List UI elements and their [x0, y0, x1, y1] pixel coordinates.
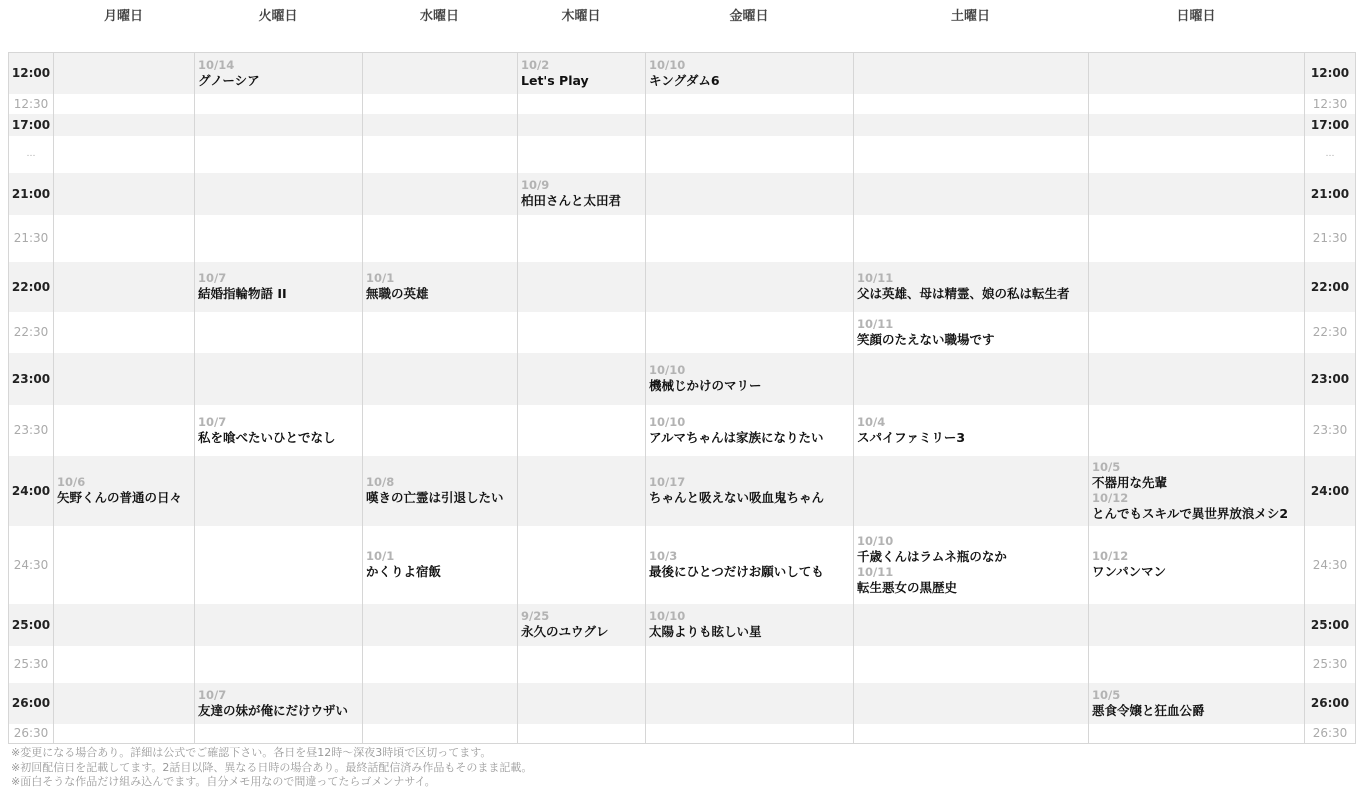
program-entry[interactable]: 10/5不器用な先輩: [1092, 460, 1304, 491]
slot-sat: [854, 683, 1089, 724]
program-entry[interactable]: 10/5悪食令嬢と狂血公爵: [1092, 688, 1304, 719]
footnote: ※変更になる場合あり。詳細は公式でご確認下さい。各日を昼12時〜深夜3時頃で区切…: [11, 746, 532, 761]
program-entry[interactable]: 10/7結婚指輪物語 II: [198, 271, 362, 302]
slot-thu: 9/25永久のユウグレ: [518, 604, 646, 646]
slot-wed: [363, 405, 518, 456]
program-entry[interactable]: 10/12とんでもスキルで異世界放浪メシ2: [1092, 491, 1304, 522]
slot-wed: [363, 53, 518, 94]
program-entry[interactable]: 10/10機械じかけのマリー: [649, 363, 853, 394]
program-title: ちゃんと吸えない吸血鬼ちゃん: [649, 489, 853, 506]
time-row: 21:0010/9柏田さんと太田君21:00: [9, 173, 1356, 215]
slot-sat: 10/10千歳くんはラムネ瓶のなか10/11転生悪女の黒歴史: [854, 526, 1089, 604]
program-title: アルマちゃんは家族になりたい: [649, 429, 853, 446]
time-row: 25:3025:30: [9, 646, 1356, 683]
time-label-right: 23:30: [1305, 405, 1356, 456]
slot-mon: [54, 215, 195, 262]
slot-mon: [54, 94, 195, 114]
time-row: 17:0017:00: [9, 114, 1356, 136]
time-label-right: 17:00: [1305, 114, 1356, 136]
slot-tue: [195, 646, 363, 683]
time-row: 26:3026:30: [9, 724, 1356, 744]
time-label-left: 22:30: [9, 312, 54, 353]
slot-sat: [854, 136, 1089, 173]
slot-sat: [854, 646, 1089, 683]
slot-wed: 10/1無職の英雄: [363, 262, 518, 312]
program-title: かくりよ宿飯: [366, 563, 517, 580]
program-start-date: 10/11: [857, 271, 1088, 285]
slot-fri: 10/10アルマちゃんは家族になりたい: [646, 405, 854, 456]
program-entry[interactable]: 10/7私を喰べたいひとでなし: [198, 415, 362, 446]
slot-sun: 10/12ワンパンマン: [1089, 526, 1305, 604]
slot-sun: [1089, 94, 1305, 114]
slot-fri: [646, 215, 854, 262]
slot-wed: [363, 683, 518, 724]
slot-fri: [646, 94, 854, 114]
slot-fri: 10/10キングダム6: [646, 53, 854, 94]
program-start-date: 10/2: [521, 58, 645, 72]
slot-mon: [54, 262, 195, 312]
slot-tue: [195, 724, 363, 744]
slot-sun: 10/5不器用な先輩10/12とんでもスキルで異世界放浪メシ2: [1089, 456, 1305, 526]
program-entry[interactable]: 10/2Let's Play: [521, 58, 645, 89]
time-label-right: 26:00: [1305, 683, 1356, 724]
slot-sat: [854, 114, 1089, 136]
slot-mon: [54, 353, 195, 405]
program-start-date: 10/8: [366, 475, 517, 489]
time-label-right: 21:30: [1305, 215, 1356, 262]
program-entry[interactable]: 10/11転生悪女の黒歴史: [857, 565, 1088, 596]
slot-fri: [646, 646, 854, 683]
slot-tue: [195, 173, 363, 215]
program-start-date: 10/10: [857, 534, 1088, 548]
slot-wed: [363, 94, 518, 114]
slot-thu: [518, 136, 646, 173]
program-entry[interactable]: 10/12ワンパンマン: [1092, 549, 1304, 580]
program-title: 嘆きの亡霊は引退したい: [366, 489, 517, 506]
program-entry[interactable]: 10/10キングダム6: [649, 58, 853, 89]
program-title: 柏田さんと太田君: [521, 192, 645, 209]
program-title: キングダム6: [649, 72, 853, 89]
slot-sat: [854, 173, 1089, 215]
program-start-date: 10/4: [857, 415, 1088, 429]
program-entry[interactable]: 10/10千歳くんはラムネ瓶のなか: [857, 534, 1088, 565]
slot-tue: [195, 136, 363, 173]
day-header-sat: 土曜日: [853, 7, 1088, 27]
slot-fri: [646, 683, 854, 724]
program-title: 友達の妹が俺にだけウザい: [198, 702, 362, 719]
time-label-right: 25:30: [1305, 646, 1356, 683]
program-start-date: 10/10: [649, 415, 853, 429]
slot-sat: [854, 353, 1089, 405]
time-row: 21:3021:30: [9, 215, 1356, 262]
slot-thu: [518, 405, 646, 456]
time-label-left: 26:30: [9, 724, 54, 744]
slot-fri: 10/17ちゃんと吸えない吸血鬼ちゃん: [646, 456, 854, 526]
time-label-left: …: [9, 136, 54, 173]
slot-mon: [54, 136, 195, 173]
slot-fri: [646, 114, 854, 136]
program-start-date: 10/10: [649, 363, 853, 377]
slot-wed: [363, 353, 518, 405]
day-header-wed: 水曜日: [362, 7, 517, 27]
program-start-date: 10/5: [1092, 460, 1304, 474]
slot-wed: [363, 312, 518, 353]
slot-fri: [646, 262, 854, 312]
time-label-right: 22:00: [1305, 262, 1356, 312]
time-label-left: 12:00: [9, 53, 54, 94]
day-header-fri: 金曜日: [645, 7, 853, 27]
slot-sat: [854, 604, 1089, 646]
program-entry[interactable]: 10/1無職の英雄: [366, 271, 517, 302]
slot-mon: [54, 405, 195, 456]
slot-fri: [646, 724, 854, 744]
program-start-date: 10/11: [857, 317, 1088, 331]
program-start-date: 10/12: [1092, 491, 1304, 505]
time-row: 22:0010/7結婚指輪物語 II10/1無職の英雄10/11父は英雄、母は精…: [9, 262, 1356, 312]
time-row: 24:0010/6矢野くんの普通の日々10/8嘆きの亡霊は引退したい10/17ち…: [9, 456, 1356, 526]
time-row: 25:009/25永久のユウグレ10/10太陽よりも眩しい星25:00: [9, 604, 1356, 646]
slot-tue: 10/14グノーシア: [195, 53, 363, 94]
slot-sun: [1089, 136, 1305, 173]
slot-tue: [195, 94, 363, 114]
time-label-left: 24:30: [9, 526, 54, 604]
slot-thu: [518, 683, 646, 724]
slot-sun: [1089, 173, 1305, 215]
time-row: ……: [9, 136, 1356, 173]
program-title: 父は英雄、母は精霊、娘の私は転生者: [857, 285, 1088, 302]
slot-wed: [363, 136, 518, 173]
program-start-date: 10/6: [57, 475, 194, 489]
time-row: 22:3010/11笑顔のたえない職場です22:30: [9, 312, 1356, 353]
time-label-right: 23:00: [1305, 353, 1356, 405]
time-label-left: 23:30: [9, 405, 54, 456]
program-entry[interactable]: 10/9柏田さんと太田君: [521, 178, 645, 209]
program-start-date: 10/10: [649, 58, 853, 72]
time-label-right: 25:00: [1305, 604, 1356, 646]
program-start-date: 10/7: [198, 415, 362, 429]
footnote: ※初回配信日を記載してます。2話目以降、異なる日時の場合あり。最終話配信済み作品…: [11, 761, 532, 776]
slot-wed: [363, 604, 518, 646]
slot-tue: [195, 312, 363, 353]
slot-mon: [54, 312, 195, 353]
slot-thu: [518, 353, 646, 405]
time-label-right: …: [1305, 136, 1356, 173]
slot-tue: 10/7結婚指輪物語 II: [195, 262, 363, 312]
time-label-left: 26:00: [9, 683, 54, 724]
time-label-right: 22:30: [1305, 312, 1356, 353]
slot-tue: [195, 215, 363, 262]
time-row: 23:0010/10機械じかけのマリー23:00: [9, 353, 1356, 405]
slot-sat: [854, 456, 1089, 526]
time-label-right: 21:00: [1305, 173, 1356, 215]
day-header-tue: 火曜日: [194, 7, 362, 27]
program-title: 転生悪女の黒歴史: [857, 579, 1088, 596]
slot-sun: [1089, 53, 1305, 94]
program-title: 悪食令嬢と狂血公爵: [1092, 702, 1304, 719]
slot-tue: 10/7友達の妹が俺にだけウザい: [195, 683, 363, 724]
slot-sun: [1089, 312, 1305, 353]
day-header-row: 月曜日 火曜日 水曜日 木曜日 金曜日 土曜日 日曜日: [0, 0, 1364, 34]
footnote: ※面白そうな作品だけ組み込んでます。自分メモ用なので間違ってたらゴメンナサイ。: [11, 775, 532, 790]
slot-sun: [1089, 215, 1305, 262]
slot-mon: 10/6矢野くんの普通の日々: [54, 456, 195, 526]
time-row: 23:3010/7私を喰べたいひとでなし10/10アルマちゃんは家族になりたい1…: [9, 405, 1356, 456]
program-start-date: 10/5: [1092, 688, 1304, 702]
slot-tue: 10/7私を喰べたいひとでなし: [195, 405, 363, 456]
program-entry[interactable]: 10/11父は英雄、母は精霊、娘の私は転生者: [857, 271, 1088, 302]
program-entry[interactable]: 10/7友達の妹が俺にだけウザい: [198, 688, 362, 719]
slot-thu: [518, 262, 646, 312]
program-title: とんでもスキルで異世界放浪メシ2: [1092, 505, 1304, 522]
program-title: 不器用な先輩: [1092, 474, 1304, 491]
program-entry[interactable]: 10/4スパイファミリー3: [857, 415, 1088, 446]
slot-wed: [363, 114, 518, 136]
slot-thu: 10/2Let's Play: [518, 53, 646, 94]
program-title: 笑顔のたえない職場です: [857, 331, 1088, 348]
slot-wed: [363, 215, 518, 262]
program-start-date: 10/3: [649, 549, 853, 563]
slot-fri: 10/10太陽よりも眩しい星: [646, 604, 854, 646]
slot-thu: [518, 312, 646, 353]
slot-sun: [1089, 353, 1305, 405]
slot-sat: [854, 215, 1089, 262]
program-title: Let's Play: [521, 72, 645, 89]
program-entry[interactable]: 10/6矢野くんの普通の日々: [57, 475, 194, 506]
slot-wed: 10/8嘆きの亡霊は引退したい: [363, 456, 518, 526]
slot-thu: [518, 526, 646, 604]
day-header-mon: 月曜日: [53, 7, 194, 27]
program-entry[interactable]: 10/11笑顔のたえない職場です: [857, 317, 1088, 348]
slot-thu: [518, 646, 646, 683]
time-row: 24:3010/1かくりよ宿飯10/3最後にひとつだけお願いしても10/10千歳…: [9, 526, 1356, 604]
slot-tue: [195, 456, 363, 526]
time-label-right: 24:30: [1305, 526, 1356, 604]
program-entry[interactable]: 10/17ちゃんと吸えない吸血鬼ちゃん: [649, 475, 853, 506]
slot-fri: [646, 173, 854, 215]
slot-tue: [195, 114, 363, 136]
slot-fri: 10/10機械じかけのマリー: [646, 353, 854, 405]
slot-wed: [363, 646, 518, 683]
program-title: 結婚指輪物語 II: [198, 285, 362, 302]
slot-mon: [54, 53, 195, 94]
time-row: 12:3012:30: [9, 94, 1356, 114]
slot-mon: [54, 646, 195, 683]
program-start-date: 10/12: [1092, 549, 1304, 563]
slot-mon: [54, 173, 195, 215]
time-label-left: 17:00: [9, 114, 54, 136]
slot-tue: [195, 353, 363, 405]
time-label-left: 21:00: [9, 173, 54, 215]
time-row: 12:0010/14グノーシア10/2Let's Play10/10キングダム6…: [9, 53, 1356, 94]
program-start-date: 10/1: [366, 549, 517, 563]
slot-mon: [54, 724, 195, 744]
slot-mon: [54, 604, 195, 646]
program-start-date: 9/25: [521, 609, 645, 623]
program-title: 私を喰べたいひとでなし: [198, 429, 362, 446]
program-title: ワンパンマン: [1092, 563, 1304, 580]
program-title: 無職の英雄: [366, 285, 517, 302]
slot-thu: [518, 215, 646, 262]
slot-sat: 10/11笑顔のたえない職場です: [854, 312, 1089, 353]
slot-tue: [195, 604, 363, 646]
time-label-right: 24:00: [1305, 456, 1356, 526]
program-entry[interactable]: 10/14グノーシア: [198, 58, 362, 89]
time-label-left: 25:30: [9, 646, 54, 683]
slot-sat: 10/11父は英雄、母は精霊、娘の私は転生者: [854, 262, 1089, 312]
slot-sun: [1089, 604, 1305, 646]
time-label-left: 23:00: [9, 353, 54, 405]
program-entry[interactable]: 9/25永久のユウグレ: [521, 609, 645, 640]
time-label-right: 12:30: [1305, 94, 1356, 114]
program-entry[interactable]: 10/10太陽よりも眩しい星: [649, 609, 853, 640]
program-start-date: 10/7: [198, 688, 362, 702]
time-label-left: 24:00: [9, 456, 54, 526]
footnotes: ※変更になる場合あり。詳細は公式でご確認下さい。各日を昼12時〜深夜3時頃で区切…: [11, 746, 532, 790]
day-header-thu: 木曜日: [517, 7, 645, 27]
slot-thu: 10/9柏田さんと太田君: [518, 173, 646, 215]
slot-sun: [1089, 114, 1305, 136]
slot-mon: [54, 114, 195, 136]
slot-sat: [854, 724, 1089, 744]
program-start-date: 10/10: [649, 609, 853, 623]
slot-wed: [363, 724, 518, 744]
program-title: 太陽よりも眩しい星: [649, 623, 853, 640]
program-title: 千歳くんはラムネ瓶のなか: [857, 548, 1088, 565]
slot-thu: [518, 456, 646, 526]
program-title: 永久のユウグレ: [521, 623, 645, 640]
program-entry[interactable]: 10/3最後にひとつだけお願いしても: [649, 549, 853, 580]
schedule-table: 12:0010/14グノーシア10/2Let's Play10/10キングダム6…: [8, 52, 1356, 744]
slot-sun: [1089, 405, 1305, 456]
program-title: グノーシア: [198, 72, 362, 89]
program-title: 矢野くんの普通の日々: [57, 489, 194, 506]
slot-sat: 10/4スパイファミリー3: [854, 405, 1089, 456]
program-start-date: 10/9: [521, 178, 645, 192]
slot-wed: 10/1かくりよ宿飯: [363, 526, 518, 604]
time-label-right: 26:30: [1305, 724, 1356, 744]
time-row: 26:0010/7友達の妹が俺にだけウザい10/5悪食令嬢と狂血公爵26:00: [9, 683, 1356, 724]
program-start-date: 10/11: [857, 565, 1088, 579]
time-label-left: 22:00: [9, 262, 54, 312]
slot-sun: 10/5悪食令嬢と狂血公爵: [1089, 683, 1305, 724]
slot-sun: [1089, 724, 1305, 744]
slot-fri: 10/3最後にひとつだけお願いしても: [646, 526, 854, 604]
program-title: 最後にひとつだけお願いしても: [649, 563, 853, 580]
program-title: 機械じかけのマリー: [649, 377, 853, 394]
slot-fri: [646, 312, 854, 353]
slot-thu: [518, 724, 646, 744]
slot-mon: [54, 683, 195, 724]
slot-thu: [518, 94, 646, 114]
time-label-left: 25:00: [9, 604, 54, 646]
day-header-sun: 日曜日: [1088, 7, 1304, 27]
program-entry[interactable]: 10/8嘆きの亡霊は引退したい: [366, 475, 517, 506]
slot-wed: [363, 173, 518, 215]
slot-sun: [1089, 646, 1305, 683]
slot-fri: [646, 136, 854, 173]
program-entry[interactable]: 10/10アルマちゃんは家族になりたい: [649, 415, 853, 446]
slot-mon: [54, 526, 195, 604]
slot-sat: [854, 94, 1089, 114]
program-title: スパイファミリー3: [857, 429, 1088, 446]
time-label-right: 12:00: [1305, 53, 1356, 94]
slot-sat: [854, 53, 1089, 94]
slot-thu: [518, 114, 646, 136]
program-start-date: 10/7: [198, 271, 362, 285]
time-label-left: 21:30: [9, 215, 54, 262]
program-start-date: 10/17: [649, 475, 853, 489]
time-label-left: 12:30: [9, 94, 54, 114]
program-start-date: 10/1: [366, 271, 517, 285]
slot-tue: [195, 526, 363, 604]
program-entry[interactable]: 10/1かくりよ宿飯: [366, 549, 517, 580]
program-start-date: 10/14: [198, 58, 362, 72]
slot-sun: [1089, 262, 1305, 312]
